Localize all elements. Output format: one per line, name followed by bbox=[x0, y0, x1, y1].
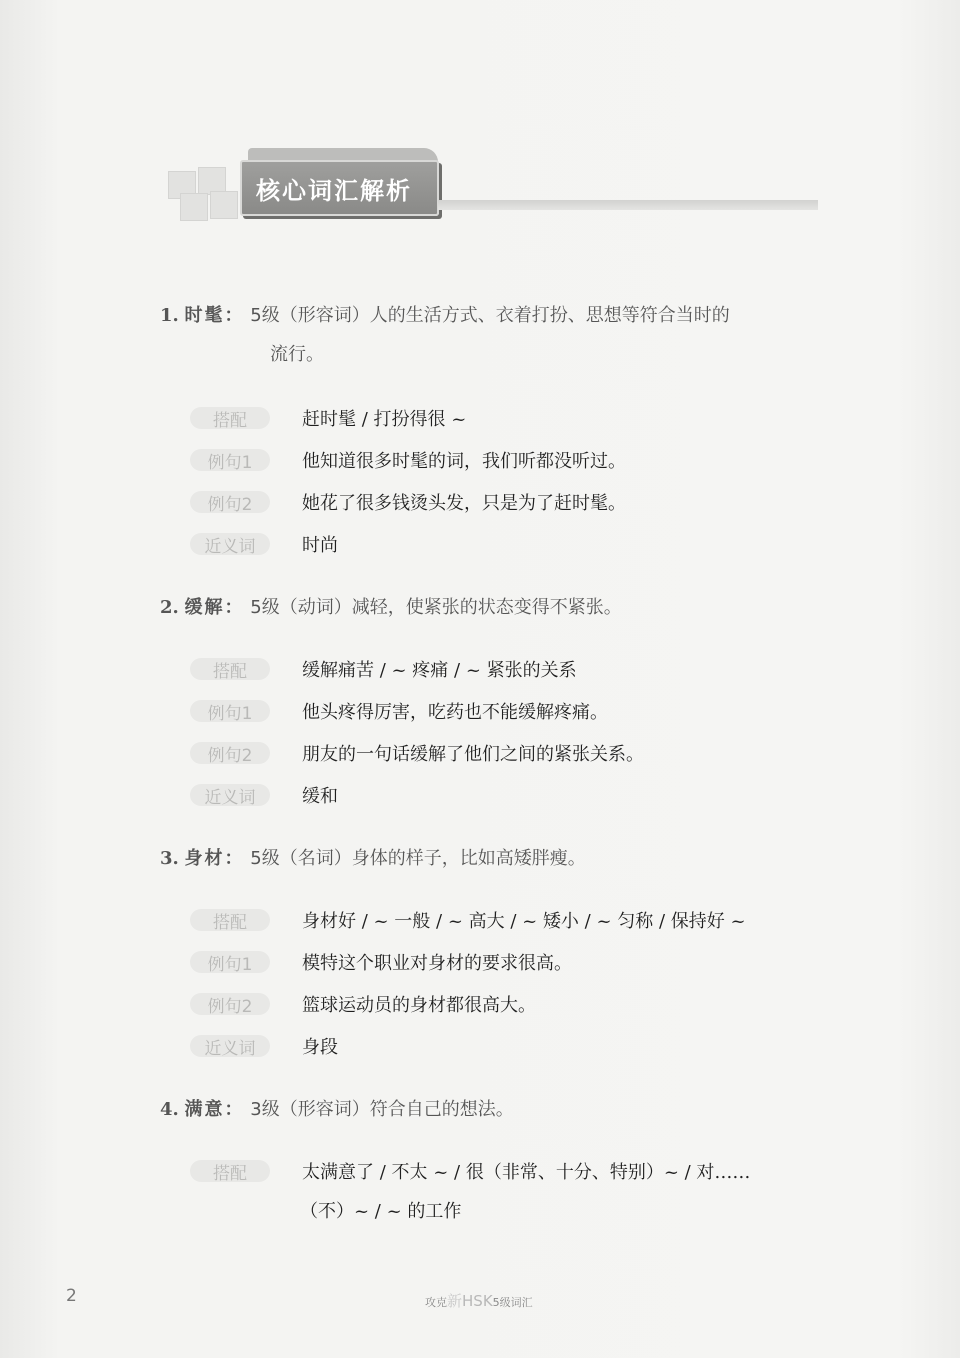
entry-word: 时髦： bbox=[185, 305, 245, 326]
book-title-suffix: 5级词汇 bbox=[493, 1296, 533, 1309]
entry-3-example1-row: 例句1 模特这个职业对身材的要求很高。 bbox=[190, 944, 572, 980]
collocation-text: 赶时髦 / 打扮得很 ~ bbox=[302, 405, 466, 431]
entry-definition: 5级（名词）身体的样子，比如高矮胖瘦。 bbox=[250, 848, 585, 869]
synonym-text: 缓和 bbox=[302, 782, 338, 808]
book-title-prefix: 攻克 bbox=[425, 1296, 447, 1309]
entry-word: 身材： bbox=[185, 848, 245, 869]
entry-1-definition-cont: 流行。 bbox=[270, 334, 324, 376]
entry-1-collocation-row: 搭配 赶时髦 / 打扮得很 ~ bbox=[190, 400, 466, 436]
entry-definition: 3级（形容词）符合自己的想法。 bbox=[250, 1099, 513, 1120]
book-title-hsk: HSK bbox=[462, 1292, 493, 1310]
banner-rule bbox=[438, 200, 818, 210]
section-title: 核心词汇解析 bbox=[256, 171, 412, 206]
entry-2-heading: 2. 缓解： 5级（动词）减轻，使紧张的状态变得不紧张。 bbox=[160, 587, 622, 629]
entry-1-example1-row: 例句1 他知道很多时髦的词，我们听都没听过。 bbox=[190, 442, 626, 478]
synonym-label: 近义词 bbox=[190, 784, 270, 806]
collocation-label: 搭配 bbox=[190, 407, 270, 429]
entry-2-example1-row: 例句1 他头疼得厉害，吃药也不能缓解疼痛。 bbox=[190, 693, 608, 729]
synonym-text: 身段 bbox=[302, 1033, 338, 1059]
entry-word: 缓解： bbox=[185, 597, 245, 618]
collocation-text-cont: （不）~ / ~ 的工作 bbox=[300, 1194, 461, 1230]
entry-1-heading: 1. 时髦： 5级（形容词）人的生活方式、衣着打扮、思想等符合当时的 bbox=[160, 295, 730, 337]
example1-text: 模特这个职业对身材的要求很高。 bbox=[302, 949, 572, 975]
book-title-footer: 攻克新HSK5级词汇 bbox=[425, 1290, 533, 1311]
cubes-decoration-icon bbox=[160, 165, 240, 225]
entry-3-collocation-row: 搭配 身材好 / ~ 一般 / ~ 高大 / ~ 矮小 / ~ 匀称 / 保持好… bbox=[190, 902, 746, 938]
entry-3-example2-row: 例句2 篮球运动员的身材都很高大。 bbox=[190, 986, 536, 1022]
entry-number: 3. bbox=[160, 848, 179, 869]
entry-2-example2-row: 例句2 朋友的一句话缓解了他们之间的紧张关系。 bbox=[190, 735, 644, 771]
folder-title-box: 核心词汇解析 bbox=[240, 160, 439, 216]
entry-4-collocation-row: 搭配 太满意了 / 不太 ~ / 很（非常、十分、特别）~ / 对…… bbox=[190, 1153, 750, 1189]
entry-1-synonym-row: 近义词 时尚 bbox=[190, 526, 338, 562]
entry-number: 4. bbox=[160, 1099, 179, 1120]
entry-2-collocation-row: 搭配 缓解痛苦 / ~ 疼痛 / ~ 紧张的关系 bbox=[190, 651, 577, 687]
example1-label: 例句1 bbox=[190, 700, 270, 722]
entry-1-example2-row: 例句2 她花了很多钱烫头发，只是为了赶时髦。 bbox=[190, 484, 626, 520]
collocation-text: 缓解痛苦 / ~ 疼痛 / ~ 紧张的关系 bbox=[302, 656, 577, 682]
synonym-label: 近义词 bbox=[190, 1035, 270, 1057]
example1-text: 他知道很多时髦的词，我们听都没听过。 bbox=[302, 447, 626, 473]
entry-word: 满意： bbox=[185, 1099, 245, 1120]
collocation-text: 太满意了 / 不太 ~ / 很（非常、十分、特别）~ / 对…… bbox=[302, 1158, 750, 1184]
example2-label: 例句2 bbox=[190, 742, 270, 764]
section-banner: 核心词汇解析 bbox=[160, 140, 820, 240]
collocation-text: 身材好 / ~ 一般 / ~ 高大 / ~ 矮小 / ~ 匀称 / 保持好 ~ bbox=[302, 907, 746, 933]
entry-number: 2. bbox=[160, 597, 179, 618]
collocation-label: 搭配 bbox=[190, 1160, 270, 1182]
example2-label: 例句2 bbox=[190, 993, 270, 1015]
collocation-label: 搭配 bbox=[190, 658, 270, 680]
example1-label: 例句1 bbox=[190, 449, 270, 471]
entry-2-synonym-row: 近义词 缓和 bbox=[190, 777, 338, 813]
example2-label: 例句2 bbox=[190, 491, 270, 513]
collocation-label: 搭配 bbox=[190, 909, 270, 931]
entry-3-synonym-row: 近义词 身段 bbox=[190, 1028, 338, 1064]
book-title-new: 新 bbox=[447, 1292, 462, 1310]
synonym-text: 时尚 bbox=[302, 531, 338, 557]
entry-definition: 5级（形容词）人的生活方式、衣着打扮、思想等符合当时的 bbox=[250, 305, 729, 326]
example1-label: 例句1 bbox=[190, 951, 270, 973]
entry-4-heading: 4. 满意： 3级（形容词）符合自己的想法。 bbox=[160, 1089, 514, 1131]
example1-text: 他头疼得厉害，吃药也不能缓解疼痛。 bbox=[302, 698, 608, 724]
entry-3-heading: 3. 身材： 5级（名词）身体的样子，比如高矮胖瘦。 bbox=[160, 838, 586, 880]
example2-text: 她花了很多钱烫头发，只是为了赶时髦。 bbox=[302, 489, 626, 515]
entry-definition: 5级（动词）减轻，使紧张的状态变得不紧张。 bbox=[250, 597, 621, 618]
example2-text: 朋友的一句话缓解了他们之间的紧张关系。 bbox=[302, 740, 644, 766]
example2-text: 篮球运动员的身材都很高大。 bbox=[302, 991, 536, 1017]
synonym-label: 近义词 bbox=[190, 533, 270, 555]
page-number: 2 bbox=[66, 1286, 77, 1306]
entry-number: 1. bbox=[160, 305, 179, 326]
